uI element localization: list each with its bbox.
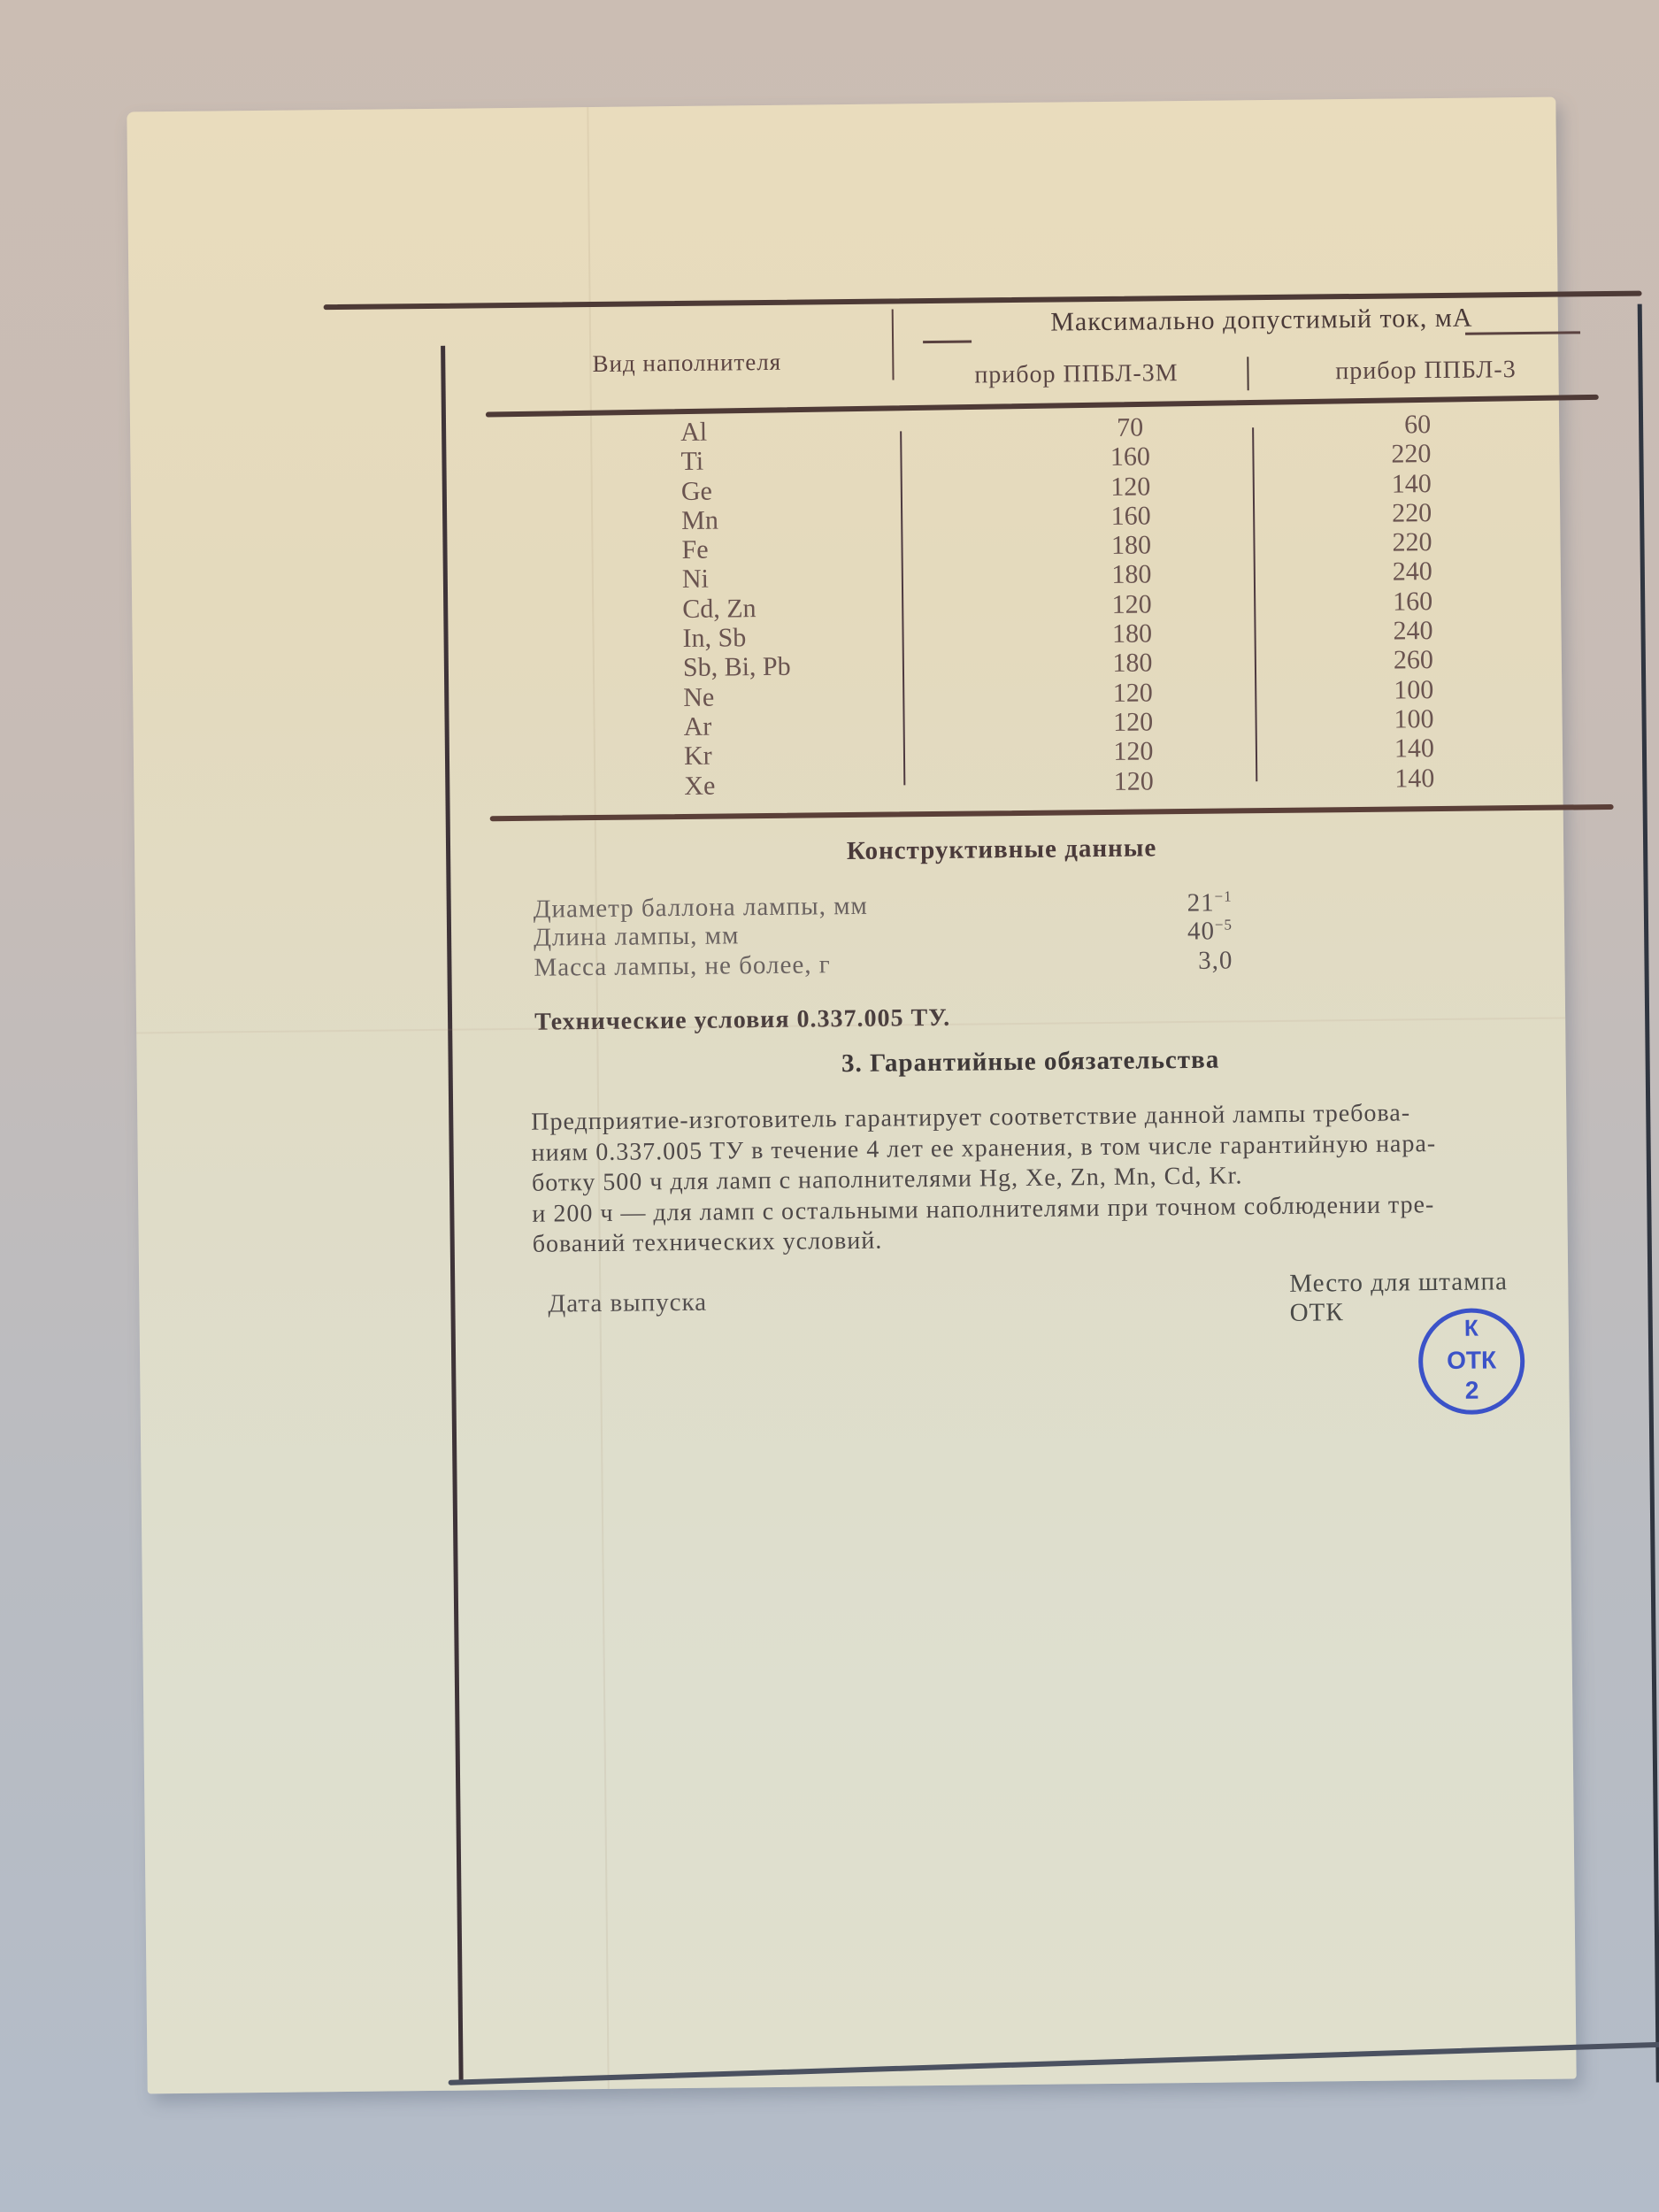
spec-tolerance: −5 [1215, 916, 1233, 933]
qc-stamp: К ОТК 2 [1418, 1308, 1525, 1415]
spec-mass: Масса лампы, не более, г 3,0 [534, 946, 1241, 982]
current-table-body: Al7060 Ti160220 Ge120140 Mn160220 Fe1802… [661, 409, 1549, 801]
spec-value: 21−1 [1144, 887, 1233, 918]
filler-cell: Xe [684, 771, 715, 800]
spec-value: 40−5 [1144, 916, 1233, 947]
ppbl3m-cell: 180 [1016, 529, 1246, 561]
ppbl3-cell: 220 [1272, 526, 1502, 558]
table-header-device-ppbl3: прибор ППБЛ-3 [1257, 355, 1594, 387]
release-date-label: Дата выпуска [548, 1288, 707, 1319]
ppbl3-cell: 140 [1275, 763, 1505, 795]
spec-value-number: 21 [1187, 888, 1214, 917]
spec-label: Длина лампы, мм [534, 921, 740, 952]
filler-cell: Ar [683, 712, 711, 741]
spec-tolerance: −1 [1214, 887, 1232, 904]
spec-label: Диаметр баллона лампы, мм [534, 892, 868, 925]
warranty-paragraph: Предприятие-изготовитель гарантирует соо… [531, 1096, 1630, 1260]
ppbl3-cell: 220 [1271, 439, 1502, 471]
filler-cell: Al [680, 418, 707, 447]
ppbl3m-cell: 120 [1018, 736, 1248, 768]
ppbl3-cell: 240 [1273, 615, 1503, 647]
frame-right-rule [1638, 304, 1659, 2083]
stamp-line-3: 2 [1423, 1376, 1520, 1405]
table-header-device-ppbl3m: прибор ППБЛ-3М [908, 358, 1244, 390]
filler-cell: Ne [683, 682, 714, 711]
stamp-line-2: ОТК [1423, 1346, 1520, 1375]
ppbl3m-cell: 160 [1015, 442, 1245, 473]
filler-cell: Ti [680, 447, 703, 476]
ppbl3m-cell: 70 [1015, 411, 1245, 443]
ppbl3m-cell: 160 [1016, 500, 1246, 532]
ppbl3-cell: 100 [1274, 703, 1504, 735]
header-device-divider [1247, 357, 1248, 390]
stamp-line-1: К [1423, 1314, 1520, 1342]
construction-heading: Конструктивные данные [754, 833, 1249, 867]
header-divider [892, 309, 895, 380]
ppbl3m-cell: 120 [1018, 677, 1248, 709]
filler-cell: Cd, Zn [682, 594, 757, 624]
spec-label: Масса лампы, не более, г [534, 950, 831, 983]
filler-cell: Fe [681, 535, 708, 565]
spec-value-number: 3,0 [1198, 946, 1233, 974]
filler-cell: Ni [682, 565, 709, 594]
ppbl3-cell: 240 [1273, 557, 1503, 588]
ppbl3-cell: 100 [1274, 674, 1504, 706]
ppbl3m-cell: 120 [1018, 706, 1248, 738]
ppbl3-cell: 160 [1273, 586, 1503, 618]
warranty-heading: 3. Гарантийные обязательства [756, 1045, 1304, 1079]
ppbl3m-cell: 180 [1017, 559, 1247, 591]
filler-cell: Sb, Bi, Pb [683, 652, 791, 682]
ppbl3-cell: 140 [1275, 733, 1505, 765]
tech-conditions: Технические условия 0.337.005 ТУ. [534, 1004, 950, 1037]
filler-cell: Mn [681, 505, 718, 534]
ppbl3m-cell: 180 [1018, 648, 1248, 680]
ppbl3-cell: 220 [1272, 497, 1502, 529]
ppbl3m-cell: 120 [1017, 588, 1247, 620]
ppbl3m-cell: 180 [1017, 618, 1247, 649]
frame-bottom-rule [449, 2041, 1659, 2085]
ppbl3-cell: 260 [1274, 645, 1504, 677]
ppbl3m-cell: 120 [1016, 471, 1246, 503]
frame-left-rule [441, 346, 464, 2080]
filler-cell: In, Sb [682, 623, 746, 653]
header-dash-left [923, 341, 972, 344]
document-sheet: Вид наполнителя Максимально допустимый т… [127, 97, 1576, 2094]
spec-value: 3,0 [1144, 946, 1233, 976]
filler-cell: Kr [684, 741, 712, 771]
header-dash-right [1465, 331, 1580, 334]
ppbl3-cell: 140 [1272, 468, 1502, 500]
ppbl3m-cell: 120 [1018, 765, 1248, 797]
table-bottom-rule [490, 804, 1614, 821]
spec-value-number: 40 [1187, 917, 1215, 945]
ppbl3-cell: 60 [1271, 409, 1502, 441]
table-header-filler: Вид наполнителя [483, 347, 890, 379]
filler-cell: Ge [681, 476, 712, 505]
